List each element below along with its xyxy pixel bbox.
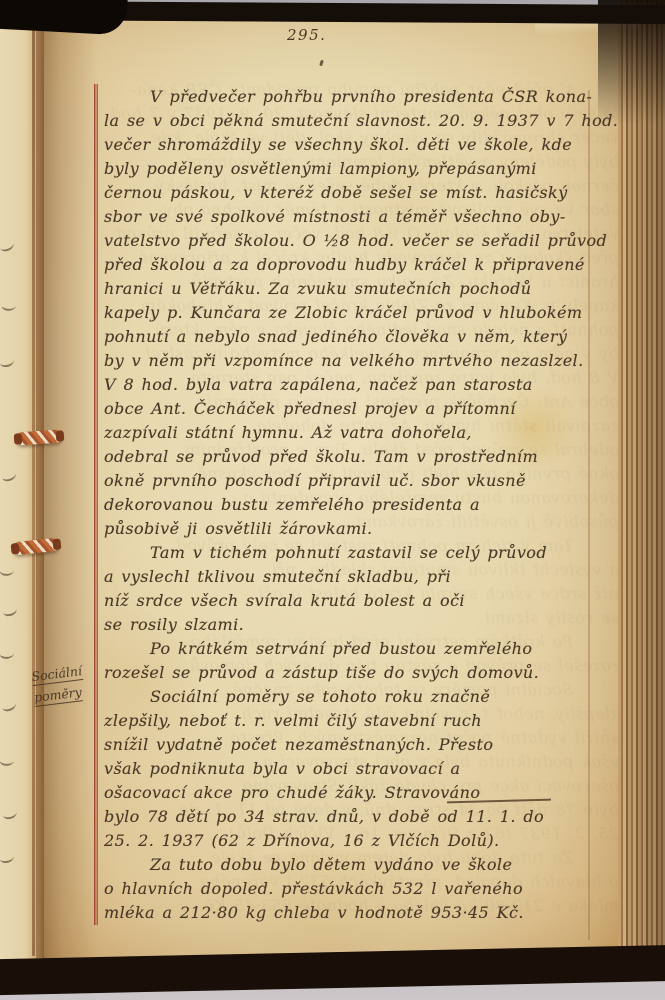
manuscript-line: okně prvního poschodí připravil uč. sbor… <box>104 469 626 493</box>
manuscript-line: se rosily slzami. <box>104 613 626 637</box>
manuscript-line: působivě ji osvětlili žárovkami. <box>104 517 626 541</box>
manuscript-line: zlepšily, neboť t. r. velmi čilý stavebn… <box>104 709 626 733</box>
manuscript-line: 25. 2. 1937 (62 z Dřínova, 16 z Vlčích D… <box>104 829 626 853</box>
manuscript-line: níž srdce všech svírala krutá bolest a o… <box>104 589 626 613</box>
manuscript-line: zazpívali státní hymnu. Až vatra dohořel… <box>104 421 626 445</box>
manuscript-line: kapely p. Kunčara ze Zlobic kráčel průvo… <box>104 301 626 325</box>
manuscript-line: hranici u Větřáku. Za zvuku smutečních p… <box>104 277 626 301</box>
manuscript-line: sbor ve své spolkové místnosti a téměř v… <box>104 205 626 229</box>
manuscript-line: odebral se průvod před školu. Tam v pros… <box>104 445 626 469</box>
manuscript-line: obce Ant. Čecháček přednesl projev a pří… <box>104 397 626 421</box>
manuscript-line: ošacovací akce pro chudé žáky. Stravován… <box>104 781 626 805</box>
manuscript-line: černou páskou, v kteréž době sešel se mí… <box>104 181 626 205</box>
book-gutter-shadow <box>36 10 98 958</box>
margin-note: Sociální poměry <box>31 663 86 711</box>
manuscript-line: Po krátkém setrvání před bustou zemřeléh… <box>104 637 626 661</box>
manuscript-line: rozešel se průvod a zástup tiše do svých… <box>104 661 626 685</box>
manuscript-line: o hlavních dopoled. přestávkách 532 l va… <box>104 877 626 901</box>
manuscript-line: V 8 hod. byla vatra zapálena, načež pan … <box>104 373 626 397</box>
manuscript-line: Za tuto dobu bylo dětem vydáno ve škole <box>104 853 626 877</box>
manuscript-line: a vyslechl tklivou smuteční skladbu, při <box>104 565 626 589</box>
manuscript-line: by v něm při vzpomínce na velkého mrtvéh… <box>104 349 626 373</box>
manuscript-line: před školou a za doprovodu hudby kráčel … <box>104 253 626 277</box>
manuscript-line: dekorovanou bustu zemřelého presidenta a <box>104 493 626 517</box>
manuscript-line: mléka a 212·80 kg chleba v hodnotě 953·4… <box>104 901 626 925</box>
gutter-fold-line <box>32 12 35 956</box>
manuscript-line: snížil vydatně počet nezaměstnaných. Pře… <box>104 733 626 757</box>
manuscript-line: pohnutí a nebylo snad jediného člověka v… <box>104 325 626 349</box>
manuscript-line: večer shromáždily se všechny škol. děti … <box>104 133 626 157</box>
manuscript-line: Tam v tichém pohnutí zastavil se celý pr… <box>104 541 626 565</box>
manuscript-line: vatelstvo před školou. O ½8 hod. večer s… <box>104 229 626 253</box>
manuscript-line: V předvečer pohřbu prvního presidenta ČS… <box>104 85 626 109</box>
photo-of-chronicle-page: 295. V předvečer pohřbu prvního presiden… <box>0 0 665 1000</box>
margin-note-line: poměry <box>33 684 83 707</box>
manuscript-line: však podniknuta byla v obci stravovací a <box>104 757 626 781</box>
manuscript-line: Sociální poměry se tohoto roku značně <box>104 685 626 709</box>
manuscript-line: bylo 78 dětí po 34 strav. dnů, v době od… <box>104 805 626 829</box>
page-number: 295. <box>287 26 326 44</box>
manuscript-line: la se v obci pěkná smuteční slavnost. 20… <box>104 109 626 133</box>
manuscript-line: byly poděleny osvětlenými lampiony, přep… <box>104 157 626 181</box>
